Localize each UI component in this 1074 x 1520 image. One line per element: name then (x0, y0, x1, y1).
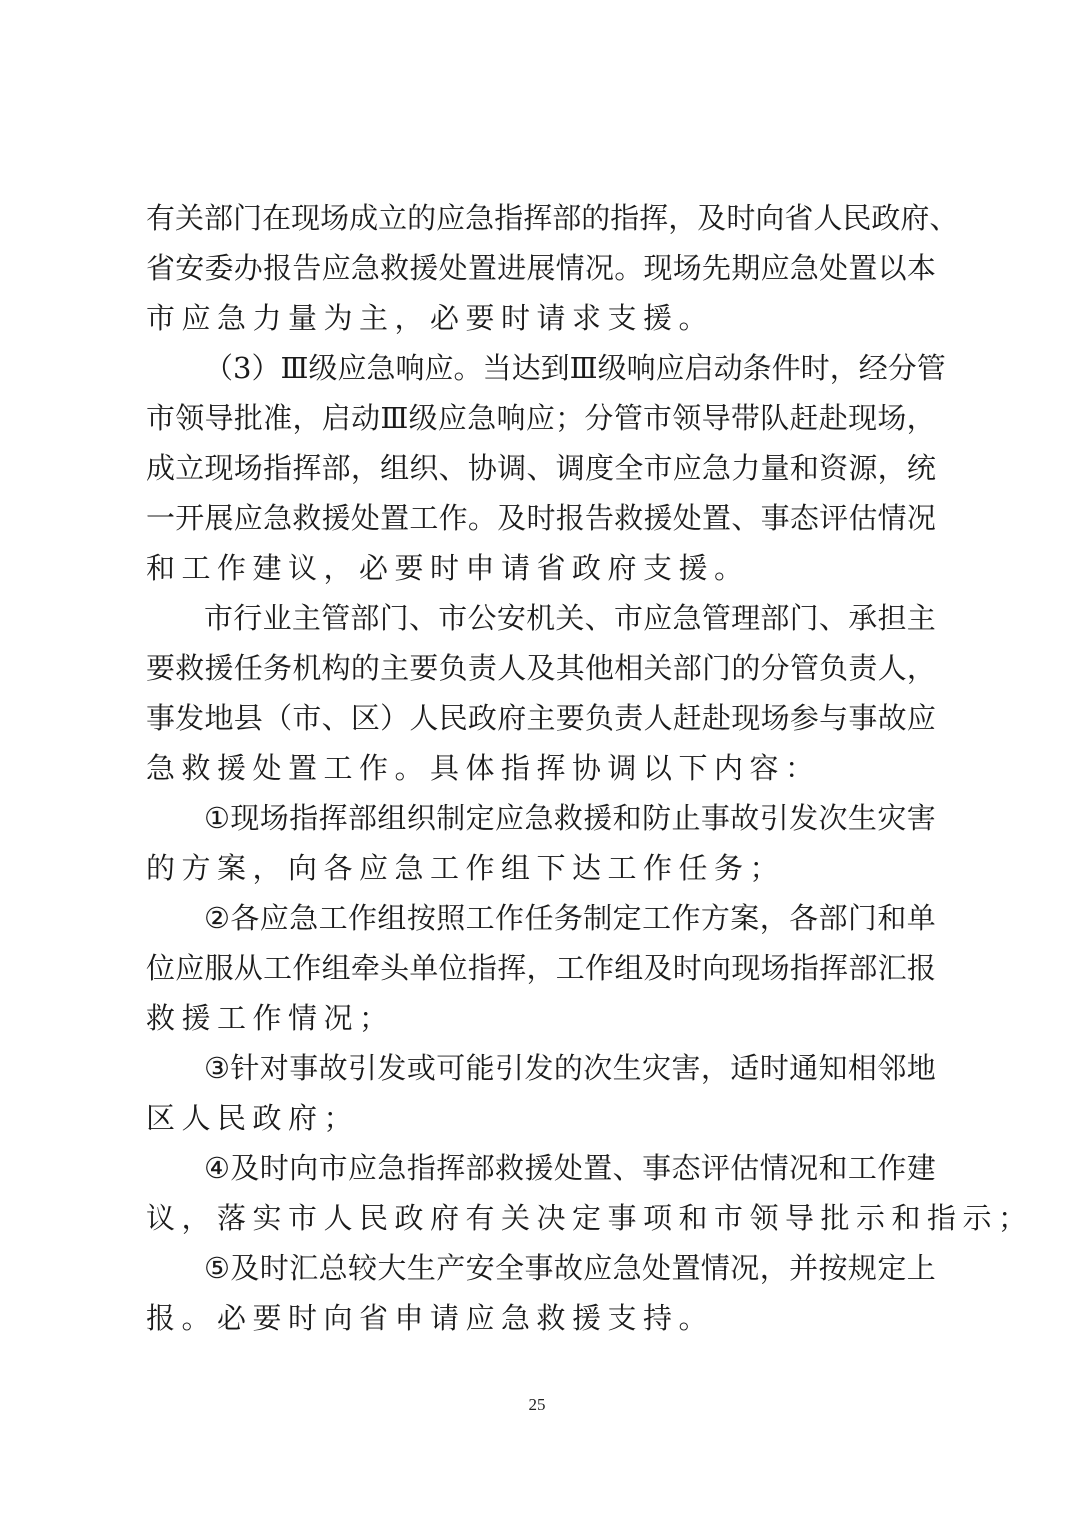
text-char: 工 (409, 493, 438, 543)
text-char: 、 (585, 593, 614, 643)
text-char: 任 (234, 643, 263, 693)
text-char: 全 (495, 1243, 524, 1293)
text-char: 机 (292, 643, 321, 693)
text-char: 较 (348, 1243, 377, 1293)
text-char: 生 (613, 1043, 642, 1093)
text-char: 和 (877, 893, 906, 943)
text-char: ， (830, 343, 859, 393)
text-char: 组 (614, 943, 643, 993)
text-char: ， (292, 393, 321, 443)
text-char: 服 (205, 943, 234, 993)
text-line: 市行业主管部门、市公安机关、市应急管理部门、承担主市行业主管部门、市公安机关、市… (146, 593, 936, 643)
text-char: ， (526, 943, 555, 993)
text-char: 急 (790, 243, 819, 293)
text-char: 及 (230, 1243, 259, 1293)
text-char: 和 (613, 793, 642, 843)
text-char: 主 (526, 693, 555, 743)
text-char: 灾 (642, 1043, 671, 1093)
text-char: 通 (789, 1043, 818, 1093)
text-char: 响 (497, 393, 526, 443)
text-line-content: 报。必要时向省申请应急救援支持。 (146, 1293, 714, 1343)
text-char: 展 (205, 493, 234, 543)
text-line: 的方案，向各应急工作组下达工作任务； (146, 843, 936, 893)
text-line-content: 市应急力量为主，必要时请求支援。 (146, 293, 714, 343)
text-line: ②各应急工作组按照工作任务制定工作方案，各部门和单②各应急工作组按照工作任务制定… (146, 893, 936, 943)
text-char: 安 (466, 1243, 495, 1293)
text-char: 救 (495, 1143, 524, 1193)
text-char: 急 (673, 593, 702, 643)
text-char: 规 (848, 1243, 877, 1293)
text-char: 急 (289, 893, 318, 943)
text-char: 及 (697, 193, 726, 243)
text-char: 分 (888, 343, 917, 393)
text-char: 场 (673, 243, 702, 293)
text-char: 场 (234, 443, 263, 493)
text-char: 指 (289, 793, 318, 843)
text-char: 急 (467, 393, 496, 443)
text-line: 事发地县（市、区）人民政府主要负责人赶赴现场参与事故应事发地县（市、区）人民政府… (146, 693, 936, 743)
text-char: ， (878, 443, 907, 493)
text-char: 各 (789, 893, 818, 943)
text-line-content: 和工作建议，必要时申请省政府支援。 (146, 543, 750, 593)
text-char: 发 (789, 793, 818, 843)
text-char: 位 (146, 943, 175, 993)
text-char: 发 (175, 693, 204, 743)
text-char: 应 (761, 243, 790, 293)
text-char: 成 (349, 193, 378, 243)
text-char: 。 (614, 243, 643, 293)
text-char: 相 (848, 1043, 877, 1093)
text-char: 按 (407, 893, 436, 943)
text-char: 准 (263, 393, 292, 443)
text-char: 织 (409, 443, 438, 493)
text-char: 场 (260, 793, 289, 843)
text-char: 调 (497, 443, 526, 493)
text-line: 急救援处置工作。具体指挥协调以下内容： (146, 743, 936, 793)
text-char: 援 (583, 793, 612, 843)
text-char: 省 (784, 193, 813, 243)
text-char: 负 (819, 643, 848, 693)
text-char: 处 (642, 1243, 671, 1293)
text-char: 进 (497, 243, 526, 293)
text-char: 处 (673, 493, 702, 543)
text-char: 条 (743, 343, 772, 393)
text-char: 置 (848, 243, 877, 293)
text-char: 调 (556, 443, 585, 493)
text-char: 府 (900, 193, 929, 243)
text-char: 区 (351, 693, 380, 743)
text-char: 领 (672, 393, 701, 443)
page-number: 25 (0, 1395, 1074, 1415)
text-char: 领 (175, 393, 204, 443)
text-char: 源 (848, 443, 877, 493)
text-line: 救援工作情况； (146, 993, 936, 1043)
text-char: 以 (878, 243, 907, 293)
text-char: 灾 (877, 793, 906, 843)
text-char: 报 (263, 243, 292, 293)
text-char: 务 (554, 893, 583, 943)
text-char: ③ (204, 1043, 230, 1093)
text-char: 动 (351, 393, 380, 443)
text-char: 管 (917, 343, 946, 393)
text-char: 救 (292, 493, 321, 543)
text-char: 总 (319, 1243, 348, 1293)
text-char: 情 (701, 1243, 730, 1293)
text-char: 管 (702, 593, 731, 643)
text-char: 市 (614, 593, 643, 643)
text-char: 应 (495, 793, 524, 843)
text-char: 当 (483, 343, 512, 393)
text-char: 建 (907, 1143, 936, 1193)
text-line-content: 救援工作情况； (146, 993, 395, 1043)
text-char: 组 (380, 443, 409, 493)
text-line: 报。必要时向省申请应急救援支持。 (146, 1293, 936, 1343)
text-char: 应 (322, 243, 351, 293)
text-char: 度 (585, 443, 614, 493)
text-char: 置 (702, 493, 731, 543)
text-char: 立 (175, 443, 204, 493)
text-char: 处 (351, 493, 380, 543)
text-char: 现 (205, 443, 234, 493)
text-char: （ (204, 343, 233, 393)
text-char: 管 (614, 393, 643, 443)
text-char: 全 (614, 443, 643, 493)
text-char: 赶 (789, 393, 818, 443)
text-char: 置 (468, 243, 497, 293)
text-char: 救 (380, 243, 409, 293)
text-char: 关 (175, 193, 204, 243)
text-line: （3）Ⅲ级应急响应。当达到Ⅲ级响应启动条件时，经分管（3）Ⅲ级应急响应。当达到Ⅲ… (146, 343, 936, 393)
text-char: 事 (289, 1043, 318, 1093)
text-char: 担 (877, 593, 906, 643)
text-char: 及 (526, 643, 555, 693)
text-char: 报 (556, 493, 585, 543)
text-char: 市 (643, 393, 672, 443)
text-line-content: 急救援处置工作。具体指挥协调以下内容： (146, 743, 821, 793)
text-char: 人 (644, 693, 673, 743)
text-char: 处 (439, 243, 468, 293)
text-char: 急 (465, 193, 494, 243)
text-char: 单 (907, 893, 936, 943)
text-line: 要救援任务机构的主要负责人及其他相关部门的分管负责人，要救援任务机构的主要负责人… (146, 643, 936, 693)
text-char: 部 (819, 893, 848, 943)
text-char: 生 (407, 1243, 436, 1293)
text-char: 主 (380, 643, 409, 693)
text-char: ④ (204, 1143, 230, 1193)
text-char: 责 (468, 643, 497, 693)
text-char: 部 (204, 193, 233, 243)
text-char: 应 (337, 343, 366, 393)
text-char: ， (760, 1243, 789, 1293)
text-char: 安 (497, 593, 526, 643)
text-line: 市领导批准，启动Ⅲ级应急响应；分管市领导带队赶赴现场，市领导批准，启动Ⅲ级应急响… (146, 393, 936, 443)
text-char: 民 (439, 693, 468, 743)
text-char: 先 (702, 243, 731, 293)
text-char: 关 (644, 643, 673, 693)
text-char: 可 (436, 1043, 465, 1093)
text-char: ， (760, 893, 789, 943)
text-char: 赴 (702, 693, 731, 743)
text-char: 导 (702, 393, 731, 443)
text-char: 要 (146, 643, 175, 693)
text-char: 大 (377, 1243, 406, 1293)
text-char: 应 (348, 1143, 377, 1193)
text-char: 工 (319, 893, 348, 943)
document-page: 有关部门在现场成立的应急指挥部的指挥，及时向省人民政府、有关部门在现场成立的应急… (0, 0, 1074, 1520)
text-char: ） (251, 343, 280, 393)
text-char: 事 (701, 793, 730, 843)
text-char: 处 (554, 1143, 583, 1193)
text-char: 适 (730, 1043, 759, 1093)
text-char: 情 (760, 1143, 789, 1193)
text-char: 指 (610, 193, 639, 243)
text-char: 、 (526, 443, 555, 493)
text-char: 协 (468, 443, 497, 493)
text-line: 一开展应急救援处置工作。及时报告救援处置、事态评估情况一开展应急救援处置工作。及… (146, 493, 936, 543)
text-char: 汇 (289, 1243, 318, 1293)
text-char: 应 (526, 393, 555, 443)
text-char: 处 (819, 243, 848, 293)
text-char: 及 (230, 1143, 259, 1193)
text-char: 应 (234, 493, 263, 543)
text-char: 应 (175, 943, 204, 993)
text-char: 应 (673, 443, 702, 493)
text-char: 应 (438, 393, 467, 443)
text-char: Ⅲ (380, 393, 408, 443)
text-char: 置 (583, 1143, 612, 1193)
text-char: 。 (468, 493, 497, 543)
text-char: 防 (642, 793, 671, 843)
text-char: 地 (205, 693, 234, 743)
text-char: 害 (671, 1043, 700, 1093)
text-char: 级 (409, 393, 438, 443)
text-char: ⑤ (204, 1243, 230, 1293)
text-char: 。 (454, 343, 483, 393)
text-char: 的 (731, 643, 760, 693)
text-char: 事 (146, 693, 175, 743)
text-char: 管 (790, 643, 819, 693)
text-char: 办 (234, 243, 263, 293)
text-char: 急 (524, 793, 553, 843)
text-char: 发 (524, 1043, 553, 1093)
text-char: 况 (730, 1243, 759, 1293)
text-char: 邻 (877, 1043, 906, 1093)
text-char: （ (263, 693, 292, 743)
text-char: ， (668, 193, 697, 243)
text-char: ， (701, 1043, 730, 1093)
text-char: 市 (292, 693, 321, 743)
text-char: 部 (348, 793, 377, 843)
text-char: 挥 (523, 193, 552, 243)
text-char: 故 (554, 1243, 583, 1293)
text-char: 要 (409, 643, 438, 693)
text-char: 单 (409, 943, 438, 993)
text-char: 作 (671, 893, 700, 943)
text-char: 负 (439, 643, 468, 693)
text-char: 力 (731, 443, 760, 493)
text-char: 挥 (436, 1143, 465, 1193)
text-char: 分 (761, 643, 790, 693)
document-body: 有关部门在现场成立的应急指挥部的指挥，及时向省人民政府、有关部门在现场成立的应急… (146, 193, 936, 1343)
text-char: 管 (321, 593, 350, 643)
text-char: 工 (848, 1143, 877, 1193)
text-char: ， (351, 443, 380, 493)
text-char: 的 (554, 1043, 583, 1093)
text-char: 时 (526, 493, 555, 543)
text-char: 公 (468, 593, 497, 643)
text-char: 时 (801, 343, 830, 393)
text-char: 级 (308, 343, 337, 393)
text-char: ① (204, 793, 230, 843)
text-char: 场 (320, 193, 349, 243)
text-char: 政 (468, 693, 497, 743)
text-char: 启 (685, 343, 714, 393)
text-char: 要 (556, 693, 585, 743)
text-char: 制 (583, 893, 612, 943)
text-char: 市 (204, 593, 233, 643)
text-char: 启 (322, 393, 351, 443)
text-char: 制 (436, 793, 465, 843)
text-char: 现 (848, 393, 877, 443)
text-char: 向 (755, 193, 784, 243)
text-char: 部 (350, 593, 379, 643)
text-char: 挥 (819, 943, 848, 993)
text-char: 部 (322, 443, 351, 493)
text-char: 资 (819, 443, 848, 493)
text-char: 现 (731, 693, 760, 743)
text-char: 务 (263, 643, 292, 693)
text-char: 人 (878, 643, 907, 693)
text-char: 及 (644, 943, 673, 993)
text-char: 挥 (319, 793, 348, 843)
text-char: 定 (613, 893, 642, 943)
text-char: 置 (380, 493, 409, 543)
text-char: 事 (524, 1243, 553, 1293)
text-char: 救 (175, 643, 204, 693)
text-char: 理 (731, 593, 760, 643)
text-char: 作 (495, 893, 524, 943)
text-line-content: 的方案，向各应急工作组下达工作任务； (146, 843, 785, 893)
text-char: 部 (552, 193, 581, 243)
text-char: 3 (233, 343, 251, 393)
text-char: 责 (848, 643, 877, 693)
text-char: 作 (877, 1143, 906, 1193)
text-char: 现 (291, 193, 320, 243)
text-char: 响 (396, 343, 425, 393)
text-char: 构 (322, 643, 351, 693)
text-line: ⑤及时汇总较大生产安全事故应急处置情况，并按规定上⑤及时汇总较大生产安全事故应急… (146, 1243, 936, 1293)
text-char: 现 (230, 793, 259, 843)
text-char: 工 (466, 893, 495, 943)
text-char: 引 (495, 1043, 524, 1093)
text-char: 件 (772, 343, 801, 393)
text-char: 任 (524, 893, 553, 943)
text-char: 场 (877, 393, 906, 443)
text-char: 立 (378, 193, 407, 243)
text-char: 成 (146, 443, 175, 493)
text-char: 评 (819, 493, 848, 543)
text-char: 门 (790, 593, 819, 643)
text-char: 急 (366, 343, 395, 393)
text-char: 急 (702, 443, 731, 493)
text-char: 响 (627, 343, 656, 393)
text-char: 、 (613, 1143, 642, 1193)
text-char: 情 (878, 493, 907, 543)
text-char: 对 (260, 1043, 289, 1093)
text-char: 量 (761, 443, 790, 493)
text-char: 次 (583, 1043, 612, 1093)
text-char: 并 (789, 1243, 818, 1293)
text-char: 带 (731, 393, 760, 443)
text-char: 门 (848, 893, 877, 943)
text-char: 态 (671, 1143, 700, 1193)
text-char: 害 (907, 793, 936, 843)
text-line-content: 议，落实市人民政府有关决定事项和市领导批示和指示； (146, 1193, 1034, 1243)
text-line: 区人民政府； (146, 1093, 936, 1143)
text-char: 、 (409, 593, 438, 643)
text-line: 成立现场指挥部，组织、协调、调度全市应急力量和资源，统成立现场指挥部，组织、协调… (146, 443, 936, 493)
text-line: ①现场指挥部组织制定应急救援和防止事故引发次生灾害①现场指挥部组织制定应急救援和… (146, 793, 936, 843)
text-line: 议，落实市人民政府有关决定事项和市领导批示和指示； (146, 1193, 936, 1243)
text-char: 时 (260, 1143, 289, 1193)
text-char: 他 (585, 643, 614, 693)
text-char: 生 (848, 793, 877, 843)
text-line: 市应急力量为主，必要时请求支援。 (146, 293, 936, 343)
text-char: 援 (205, 643, 234, 693)
text-char: 故 (319, 1043, 348, 1093)
text-char: 挥 (639, 193, 668, 243)
text-line-content: 区人民政府； (146, 1093, 359, 1143)
text-char: 机 (526, 593, 555, 643)
text-char: 置 (671, 1243, 700, 1293)
text-char: 况 (789, 1143, 818, 1193)
text-char: 针 (230, 1043, 259, 1093)
text-char: 其 (556, 643, 585, 693)
text-char: 位 (439, 943, 468, 993)
text-char: 负 (585, 693, 614, 743)
text-char: 省 (146, 243, 175, 293)
text-char: 批 (234, 393, 263, 443)
text-char: 达 (512, 343, 541, 393)
text-char: 应 (907, 693, 936, 743)
text-char: 时 (673, 943, 702, 993)
text-char: 事 (848, 693, 877, 743)
text-char: 、 (731, 493, 760, 543)
text-char: 头 (380, 943, 409, 993)
text-char: 部 (760, 593, 789, 643)
text-char: 与 (819, 693, 848, 743)
text-char: 、 (439, 443, 468, 493)
text-char: 部 (673, 643, 702, 693)
text-char: 责 (614, 693, 643, 743)
text-char: 估 (730, 1143, 759, 1193)
text-char: 作 (439, 493, 468, 543)
text-line: 位应服从工作组牵头单位指挥，工作组及时向现场指挥部汇报位应服从工作组牵头单位指挥… (146, 943, 936, 993)
text-char: 的 (407, 193, 436, 243)
text-char: 工 (642, 893, 671, 943)
text-char: 估 (848, 493, 877, 543)
text-char: 市 (644, 443, 673, 493)
text-char: 时 (260, 1243, 289, 1293)
text-char: 织 (407, 793, 436, 843)
text-char: 期 (731, 243, 760, 293)
text-char: 应 (643, 593, 672, 643)
text-char: 援 (322, 493, 351, 543)
text-char: 故 (878, 693, 907, 743)
text-char: 级 (598, 343, 627, 393)
text-char: 方 (701, 893, 730, 943)
text-char: 急 (613, 1243, 642, 1293)
